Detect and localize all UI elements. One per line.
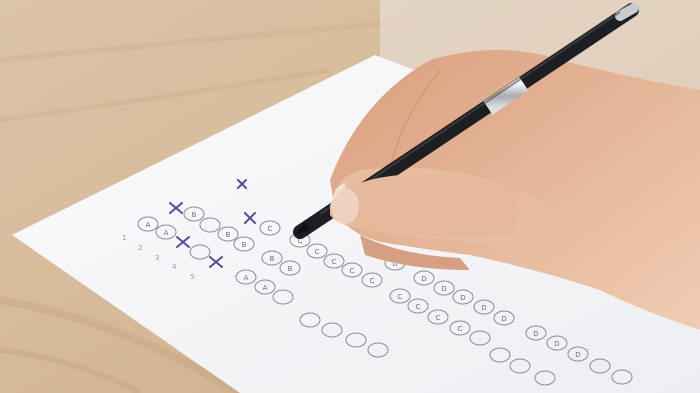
svg-text:A: A: [164, 229, 169, 237]
photo-scene: A A B B B C B B A A C C C C C D D D D D …: [0, 0, 700, 393]
svg-text:D: D: [460, 294, 465, 302]
svg-text:1: 1: [122, 234, 126, 242]
svg-text:D: D: [481, 304, 486, 312]
svg-text:D: D: [501, 315, 506, 323]
svg-text:B: B: [288, 265, 293, 273]
svg-text:5: 5: [190, 273, 194, 281]
svg-text:D: D: [441, 285, 446, 293]
svg-text:A: A: [263, 284, 268, 292]
svg-text:2: 2: [138, 244, 142, 252]
svg-text:D: D: [533, 330, 538, 338]
svg-text:3: 3: [155, 254, 159, 262]
svg-text:B: B: [270, 255, 275, 263]
svg-text:D: D: [575, 351, 580, 359]
svg-text:C: C: [416, 303, 421, 311]
svg-text:C: C: [370, 277, 375, 285]
thumb: [330, 175, 520, 237]
svg-text:4: 4: [172, 263, 177, 271]
svg-text:A: A: [244, 274, 249, 282]
svg-text:C: C: [315, 248, 320, 256]
svg-text:D: D: [421, 275, 426, 283]
svg-text:B: B: [192, 211, 197, 219]
svg-text:C: C: [398, 293, 403, 301]
svg-text:B: B: [242, 241, 247, 249]
svg-text:B: B: [226, 231, 231, 239]
svg-text:D: D: [554, 340, 559, 348]
svg-text:C: C: [436, 314, 441, 322]
svg-text:C: C: [268, 225, 273, 233]
svg-text:C: C: [350, 267, 355, 275]
svg-text:C: C: [332, 258, 337, 266]
svg-text:C: C: [458, 325, 463, 333]
svg-text:A: A: [146, 221, 151, 229]
